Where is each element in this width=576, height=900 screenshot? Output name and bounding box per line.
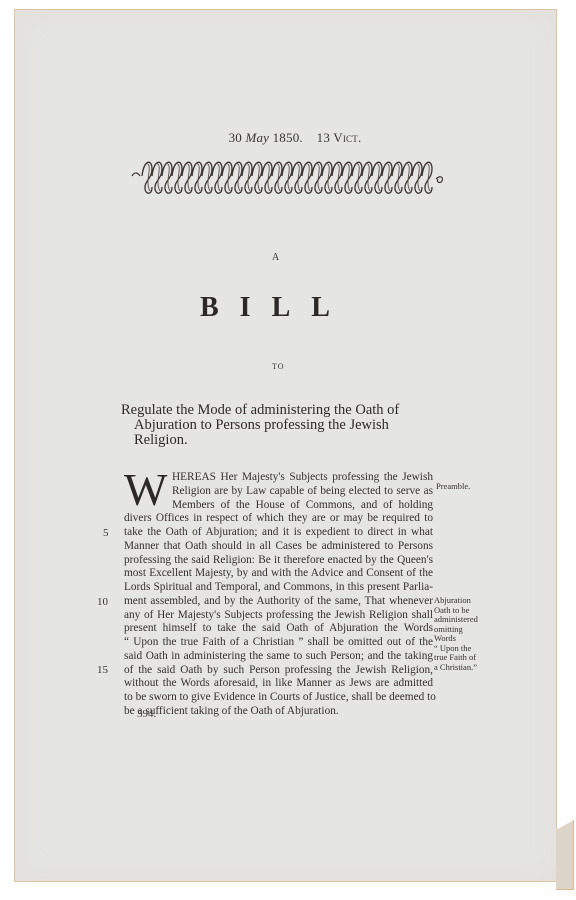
body-line: present himself to take the said Oath of…: [124, 622, 433, 636]
page-number: 394.: [137, 708, 156, 720]
body-line: any of Her Majesty's Subjects professing…: [124, 609, 433, 623]
body-line: Members of the House of Commons, and of …: [124, 499, 433, 513]
margin-note-abjuration: Abjuration Oath to be administered omitt…: [434, 596, 478, 672]
body-line: “ Upon the true Faith of a Christian ” s…: [124, 636, 433, 650]
margin-note-preamble: Preamble.: [436, 482, 470, 492]
date-day: 30: [229, 130, 242, 145]
body-line: said Oath in administering the same to s…: [124, 650, 433, 664]
body-line: take the Oath of Abjuration; and it is e…: [124, 526, 433, 540]
long-title-line: Abjuration to Persons professing the Jew…: [121, 418, 433, 433]
decorative-scroll-ornament-icon: [130, 155, 446, 197]
page-torn-tab: [556, 820, 574, 890]
body-line: to be sworn to give Evidence in Courts o…: [124, 691, 433, 705]
long-title-line: Religion.: [121, 433, 433, 448]
line-number: 10: [97, 596, 108, 608]
date-year: 1850.: [273, 130, 303, 145]
bill-long-title: Regulate the Mode of administering the O…: [121, 403, 433, 448]
body-line: Religion are by Law capable of being ele…: [124, 485, 433, 499]
body-line: Lords Spiritual and Temporal, and Common…: [124, 581, 433, 595]
margin-note-line: a Christian.”: [434, 663, 478, 673]
bill-body-text: HEREAS Her Majesty's Subjects professing…: [124, 471, 433, 719]
body-line: HEREAS Her Majesty's Subjects professing…: [124, 471, 433, 485]
line-number: 5: [103, 527, 109, 539]
regnal-year: 13 Vict.: [317, 130, 362, 145]
bill-title: BILL: [200, 292, 351, 324]
body-line: professing the said Religion: Be it ther…: [124, 554, 433, 568]
bill-date-header: 30 May 1850. 13 Vict.: [0, 130, 576, 146]
body-line: be a sufficient taking of the Oath of Ab…: [124, 705, 433, 719]
long-title-line: Regulate the Mode of administering the O…: [121, 403, 433, 418]
line-number: 15: [97, 664, 108, 676]
body-line: of the said Oath by such Person professi…: [124, 664, 433, 678]
body-line: ment assembled, and by the Authority of …: [124, 595, 433, 609]
body-line: most Excellent Majesty, by and with the …: [124, 567, 433, 581]
body-line: Manner that Oath should in all Cases be …: [124, 540, 433, 554]
bill-a-label: A: [272, 252, 280, 263]
date-month: May: [245, 130, 269, 145]
bill-to-label: TO: [272, 362, 285, 371]
body-line: without the Words aforesaid, in like Man…: [124, 677, 433, 691]
body-line: divers Offices in respect of which they …: [124, 512, 433, 526]
